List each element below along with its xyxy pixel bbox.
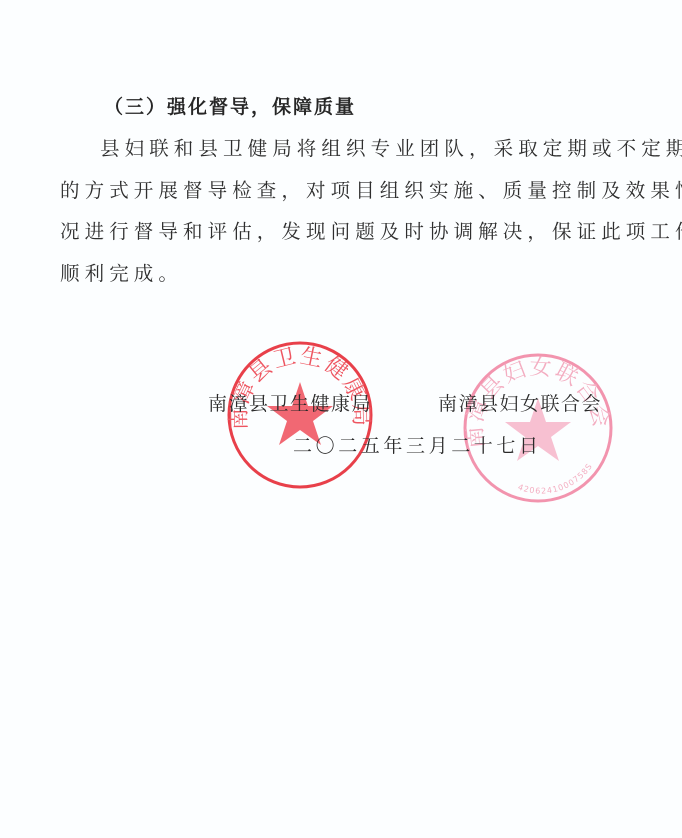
document-date: 二〇二五年三月二十七日 — [293, 431, 542, 458]
paragraph-line: 县妇联和县卫健局将组织专业团队，采取定期或不定期 — [100, 133, 682, 161]
paragraph-line: 的方式开展督导检查，对项目组织实施、质量控制及效果情 — [60, 175, 682, 203]
svg-text:4206241000758S: 4206241000758S — [517, 462, 595, 496]
paragraph-line: 况进行督导和评估，发现问题及时协调解决，保证此项工作 — [60, 216, 682, 244]
signature-health-bureau: 南漳县卫生健康局 — [208, 389, 372, 416]
womens-federation-seal: 南漳县妇女联合会 4206241000758S — [462, 352, 614, 504]
section-heading: （三）强化督导，保障质量 — [104, 92, 356, 119]
seal-star-icon: 南漳县妇女联合会 4206241000758S — [462, 352, 614, 504]
signature-womens-federation: 南漳县妇女联合会 — [438, 389, 602, 416]
womens-seal-number: 4206241000758S — [517, 462, 595, 496]
document-page: 南漳县卫生健康局 南漳县妇女联合会 4206241000758S （三）强化督导… — [0, 0, 682, 838]
paragraph-line: 顺利完成。 — [60, 258, 183, 286]
